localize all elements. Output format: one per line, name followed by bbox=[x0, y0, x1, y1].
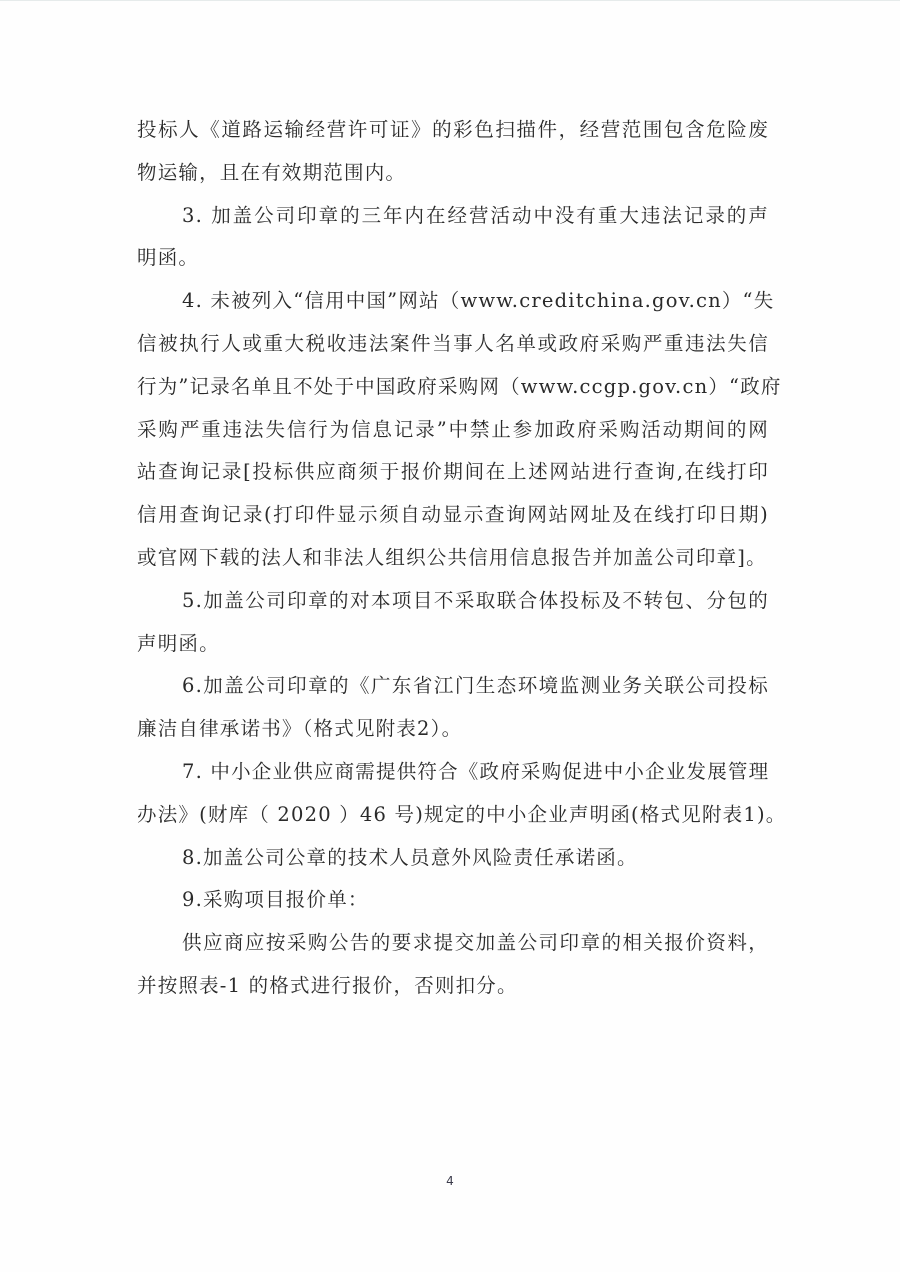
text-line: 5.加盖公司印章的对本项目不采取联合体投标及不转包、分包的 bbox=[137, 580, 769, 623]
paragraph-p-item-8: 8.加盖公司公章的技术人员意外风险责任承诺函。 bbox=[137, 837, 769, 880]
document-body: 投标人《道路运输经营许可证》的彩色扫描件，经营范围包含危险废物运输，且在有效期范… bbox=[137, 109, 769, 1008]
text-line: 3. 加盖公司印章的三年内在经营活动中没有重大违法记录的声 bbox=[137, 195, 769, 238]
text-line: 投标人《道路运输经营许可证》的彩色扫描件，经营范围包含危险废 bbox=[137, 109, 769, 152]
text-line: 行为”记录名单且不处于中国政府采购网（www.ccgp.gov.cn）“政府 bbox=[137, 366, 769, 409]
text-line: 9.采购项目报价单： bbox=[137, 879, 769, 922]
text-line: 采购严重违法失信行为信息记录”中禁止参加政府采购活动期间的网 bbox=[137, 409, 769, 452]
text-line: 8.加盖公司公章的技术人员意外风险责任承诺函。 bbox=[137, 837, 769, 880]
text-line: 物运输，且在有效期范围内。 bbox=[137, 152, 769, 195]
paragraph-p-item-6: 6.加盖公司印章的《广东省江门生态环境监测业务关联公司投标廉洁自律承诺书》（格式… bbox=[137, 665, 769, 751]
paragraph-p-item-4: 4. 未被列入“信用中国”网站（www.creditchina.gov.cn）“… bbox=[137, 280, 769, 580]
text-line: 7. 中小企业供应商需提供符合《政府采购促进中小企业发展管理 bbox=[137, 751, 769, 794]
paragraph-p-item-5: 5.加盖公司印章的对本项目不采取联合体投标及不转包、分包的声明函。 bbox=[137, 580, 769, 666]
paragraph-p-item-7: 7. 中小企业供应商需提供符合《政府采购促进中小企业发展管理办法》(财库（ 20… bbox=[137, 751, 769, 837]
paragraph-p-cont-2: 投标人《道路运输经营许可证》的彩色扫描件，经营范围包含危险废物运输，且在有效期范… bbox=[137, 109, 769, 195]
text-line: 信用查询记录(打印件显示须自动显示查询网站网址及在线打印日期) bbox=[137, 494, 769, 537]
text-line: 供应商应按采购公告的要求提交加盖公司印章的相关报价资料， bbox=[137, 922, 769, 965]
paragraph-p-item-3: 3. 加盖公司印章的三年内在经营活动中没有重大违法记录的声明函。 bbox=[137, 195, 769, 281]
text-line: 廉洁自律承诺书》（格式见附表2）。 bbox=[137, 708, 769, 751]
text-line: 站查询记录[投标供应商须于报价期间在上述网站进行查询,在线打印 bbox=[137, 451, 769, 494]
text-line: 信被执行人或重大税收违法案件当事人名单或政府采购严重违法失信 bbox=[137, 323, 769, 366]
text-line: 6.加盖公司印章的《广东省江门生态环境监测业务关联公司投标 bbox=[137, 665, 769, 708]
paragraph-p-quote: 供应商应按采购公告的要求提交加盖公司印章的相关报价资料，并按照表-1 的格式进行… bbox=[137, 922, 769, 1008]
document-page: 投标人《道路运输经营许可证》的彩色扫描件，经营范围包含危险废物运输，且在有效期范… bbox=[0, 0, 900, 1272]
paragraph-p-item-9: 9.采购项目报价单： bbox=[137, 879, 769, 922]
text-line: 办法》(财库（ 2020 ）46 号)规定的中小企业声明函(格式见附表1)。 bbox=[137, 794, 769, 837]
page-number: 4 bbox=[0, 1174, 900, 1188]
text-line: 并按照表-1 的格式进行报价，否则扣分。 bbox=[137, 965, 769, 1008]
text-line: 4. 未被列入“信用中国”网站（www.creditchina.gov.cn）“… bbox=[137, 280, 769, 323]
text-line: 或官网下载的法人和非法人组织公共信用信息报告并加盖公司印章]。 bbox=[137, 537, 769, 580]
text-line: 明函。 bbox=[137, 237, 769, 280]
text-line: 声明函。 bbox=[137, 623, 769, 666]
